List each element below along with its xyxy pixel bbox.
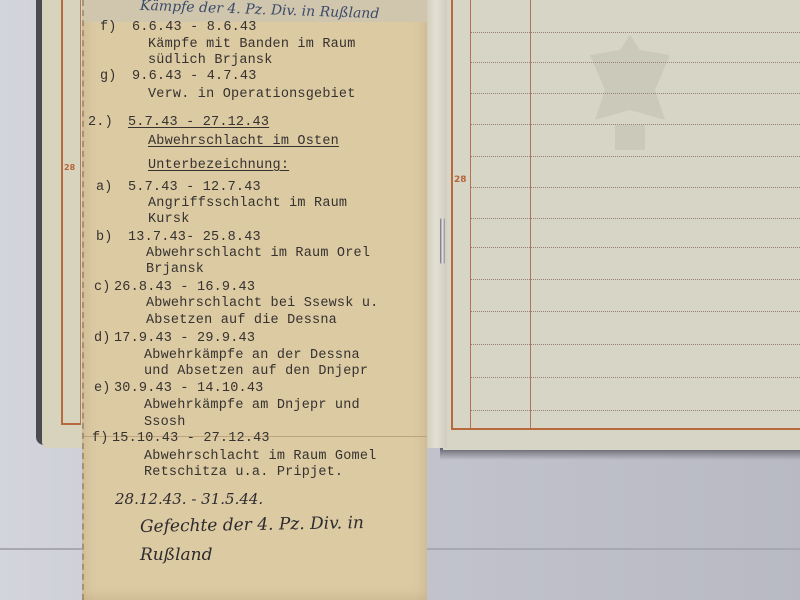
left-page-frame-bottom (61, 423, 81, 425)
entry-text: Abwehrkämpfe an der Dessna (144, 348, 360, 363)
ruled-line (471, 410, 800, 411)
entry-label: b) (96, 230, 113, 245)
entry-label: c) (94, 280, 111, 295)
entry-dates: 9.6.43 - 4.7.43 (132, 69, 257, 84)
staple (440, 218, 445, 264)
ruled-line (471, 156, 800, 157)
section-label: 2.) (88, 115, 113, 130)
entry-text: Verw. in Operationsgebiet (148, 87, 356, 102)
entry-text: Kämpfe mit Banden im Raum (148, 37, 356, 52)
left-page-frame-line (61, 0, 63, 425)
entry-text: und Absetzen auf den Dnjepr (144, 364, 368, 379)
entry-dates: 6.6.43 - 8.6.43 (132, 20, 257, 35)
right-page-column-line (530, 0, 531, 430)
ruled-line (471, 32, 800, 33)
ruled-line (471, 93, 800, 94)
entry-text: Angriffsschlacht im Raum (148, 196, 347, 211)
right-page-frame-line (451, 0, 453, 430)
ruled-line (471, 62, 800, 63)
ruled-line (471, 247, 800, 248)
ruled-line (471, 279, 800, 280)
entry-dates: 15.10.43 - 27.12.43 (112, 431, 270, 446)
entry-label: g) (100, 69, 117, 84)
right-page-number: 28 (454, 175, 467, 185)
entry-label: f) (92, 431, 109, 446)
ruled-line (471, 187, 800, 188)
handwritten-line: Gefechte der 4. Pz. Div. in (140, 513, 364, 537)
entry-dates: 13.7.43- 25.8.43 (128, 230, 261, 245)
entry-text: Abwehrschlacht bei Ssewsk u. (146, 296, 378, 311)
handwritten-line: Rußland (140, 545, 213, 565)
section-title: Abwehrschlacht im Osten (148, 134, 339, 149)
entry-text: südlich Brjansk (148, 53, 273, 68)
entry-text: Ssosh (144, 415, 186, 430)
entry-text: Brjansk (146, 262, 204, 277)
entry-text: Abwehrkämpfe am Dnjepr und (144, 398, 360, 413)
ruled-line (471, 311, 800, 312)
ruled-line (471, 377, 800, 378)
entry-label: d) (94, 331, 111, 346)
entry-text: Retschitza u.a. Pripjet. (144, 465, 343, 480)
entry-dates: 17.9.43 - 29.9.43 (114, 331, 255, 346)
entry-dates: 26.8.43 - 16.9.43 (114, 280, 255, 295)
handwritten-dates: 28.12.43. - 31.5.44. (115, 490, 263, 508)
ruled-line (471, 218, 800, 219)
section-dates: 5.7.43 - 27.12.43 (128, 115, 269, 130)
ruled-line (471, 124, 800, 125)
left-page-number: 28 (64, 163, 75, 172)
entry-label: a) (96, 180, 113, 195)
ruled-line (471, 344, 800, 345)
entry-label: e) (94, 381, 111, 396)
entry-dates: 5.7.43 - 12.7.43 (128, 180, 261, 195)
entry-text: Absetzen auf die Dessna (146, 313, 337, 328)
entry-text: Abwehrschlacht im Raum Gomel (144, 449, 376, 464)
right-page-inner-line (470, 0, 471, 430)
left-page-frame-inner-line (80, 0, 81, 425)
entry-text: Kursk (148, 212, 190, 227)
entry-label: f) (100, 20, 117, 35)
slip-perforated-edge (82, 0, 86, 600)
section-subtitle: Unterbezeichnung: (148, 158, 289, 173)
right-page-frame-bottom (451, 428, 800, 430)
entry-dates: 30.9.43 - 14.10.43 (114, 381, 263, 396)
entry-text: Abwehrschlacht im Raum Orel (146, 246, 370, 261)
